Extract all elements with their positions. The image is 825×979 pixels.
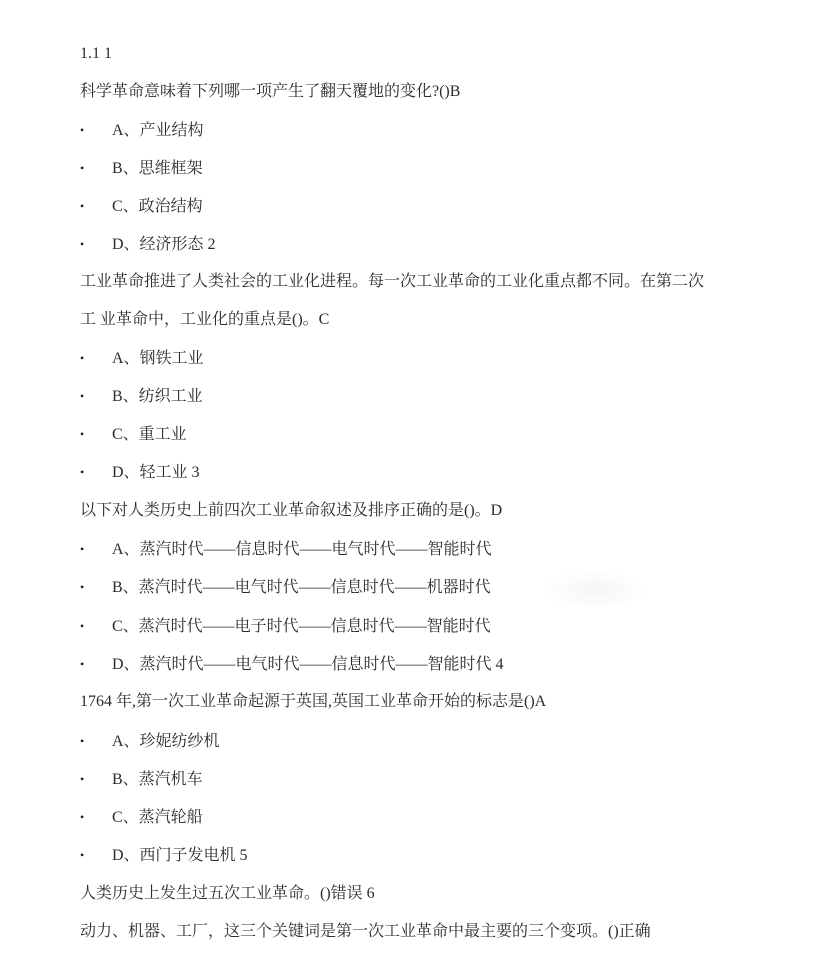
scan-smudge xyxy=(540,570,650,610)
question-4-option-d: •D、西门子发电机 5 xyxy=(80,845,248,866)
option-text: D、轻工业 3 xyxy=(112,464,200,481)
question-2-option-c: •C、重工业 xyxy=(80,424,187,445)
option-text: D、经济形态 2 xyxy=(112,236,216,253)
question-4-option-c: •C、蒸汽轮船 xyxy=(80,807,203,828)
option-text: B、蒸汽时代——电气时代——信息时代——机器时代 xyxy=(112,579,491,596)
question-4-option-a: •A、珍妮纺纱机 xyxy=(80,731,220,752)
question-4-stem: 1764 年,第一次工业革命起源于英国,英国工业革命开始的标志是()A xyxy=(80,692,546,712)
bullet-icon: • xyxy=(80,845,112,865)
option-text: D、西门子发电机 5 xyxy=(112,847,248,864)
bullet-icon: • xyxy=(80,196,112,216)
option-text: A、产业结构 xyxy=(112,122,204,139)
document-page: 1.1 1 科学革命意味着下列哪一项产生了翻天覆地的变化?()B •A、产业结构… xyxy=(0,0,825,979)
question-3-option-d: •D、蒸汽时代——电气时代——信息时代——智能时代 4 xyxy=(80,654,504,675)
question-2-option-a: •A、钢铁工业 xyxy=(80,348,204,369)
bullet-icon: • xyxy=(80,234,112,254)
bullet-icon: • xyxy=(80,462,112,482)
option-text: D、蒸汽时代——电气时代——信息时代——智能时代 4 xyxy=(112,656,504,673)
bullet-icon: • xyxy=(80,539,112,559)
question-3-option-a: •A、蒸汽时代——信息时代——电气时代——智能时代 xyxy=(80,539,492,560)
question-3-option-c: •C、蒸汽时代——电子时代——信息时代——智能时代 xyxy=(80,616,491,637)
bullet-icon: • xyxy=(80,731,112,751)
question-1-stem: 科学革命意味着下列哪一项产生了翻天覆地的变化?()B xyxy=(80,82,460,102)
bullet-icon: • xyxy=(80,807,112,827)
bullet-icon: • xyxy=(80,577,112,597)
question-1-option-b: •B、思维框架 xyxy=(80,158,203,179)
question-6-stem: 动力、机器、工厂，这三个关键词是第一次工业革命中最主要的三个变项。()正确 xyxy=(80,922,651,942)
bullet-icon: • xyxy=(80,120,112,140)
option-text: A、蒸汽时代——信息时代——电气时代——智能时代 xyxy=(112,541,492,558)
section-heading: 1.1 1 xyxy=(80,44,112,64)
bullet-icon: • xyxy=(80,616,112,636)
question-2-option-b: •B、纺织工业 xyxy=(80,386,203,407)
question-1-option-c: •C、政治结构 xyxy=(80,196,203,217)
question-2-stem-line-1: 工业革命推进了人类社会的工业化进程。每一次工业革命的工业化重点都不同。在第二次 xyxy=(80,272,704,292)
question-3-stem: 以下对人类历史上前四次工业革命叙述及排序正确的是()。D xyxy=(80,501,502,521)
bullet-icon: • xyxy=(80,158,112,178)
question-2-stem-line-2: 工 业革命中，工业化的重点是()。C xyxy=(80,310,329,330)
question-5-stem: 人类历史上发生过五次工业革命。()错误 6 xyxy=(80,884,375,904)
bullet-icon: • xyxy=(80,348,112,368)
option-text: B、蒸汽机车 xyxy=(112,771,203,788)
question-1-option-a: •A、产业结构 xyxy=(80,120,204,141)
option-text: B、纺织工业 xyxy=(112,388,203,405)
bullet-icon: • xyxy=(80,424,112,444)
option-text: C、政治结构 xyxy=(112,198,203,215)
question-1-option-d: •D、经济形态 2 xyxy=(80,234,216,255)
question-4-option-b: •B、蒸汽机车 xyxy=(80,769,203,790)
bullet-icon: • xyxy=(80,654,112,674)
bullet-icon: • xyxy=(80,769,112,789)
question-2-option-d: •D、轻工业 3 xyxy=(80,462,200,483)
option-text: A、钢铁工业 xyxy=(112,350,204,367)
option-text: C、蒸汽时代——电子时代——信息时代——智能时代 xyxy=(112,618,491,635)
option-text: A、珍妮纺纱机 xyxy=(112,733,220,750)
option-text: C、重工业 xyxy=(112,426,187,443)
option-text: B、思维框架 xyxy=(112,160,203,177)
question-3-option-b: •B、蒸汽时代——电气时代——信息时代——机器时代 xyxy=(80,577,491,598)
bullet-icon: • xyxy=(80,386,112,406)
option-text: C、蒸汽轮船 xyxy=(112,809,203,826)
